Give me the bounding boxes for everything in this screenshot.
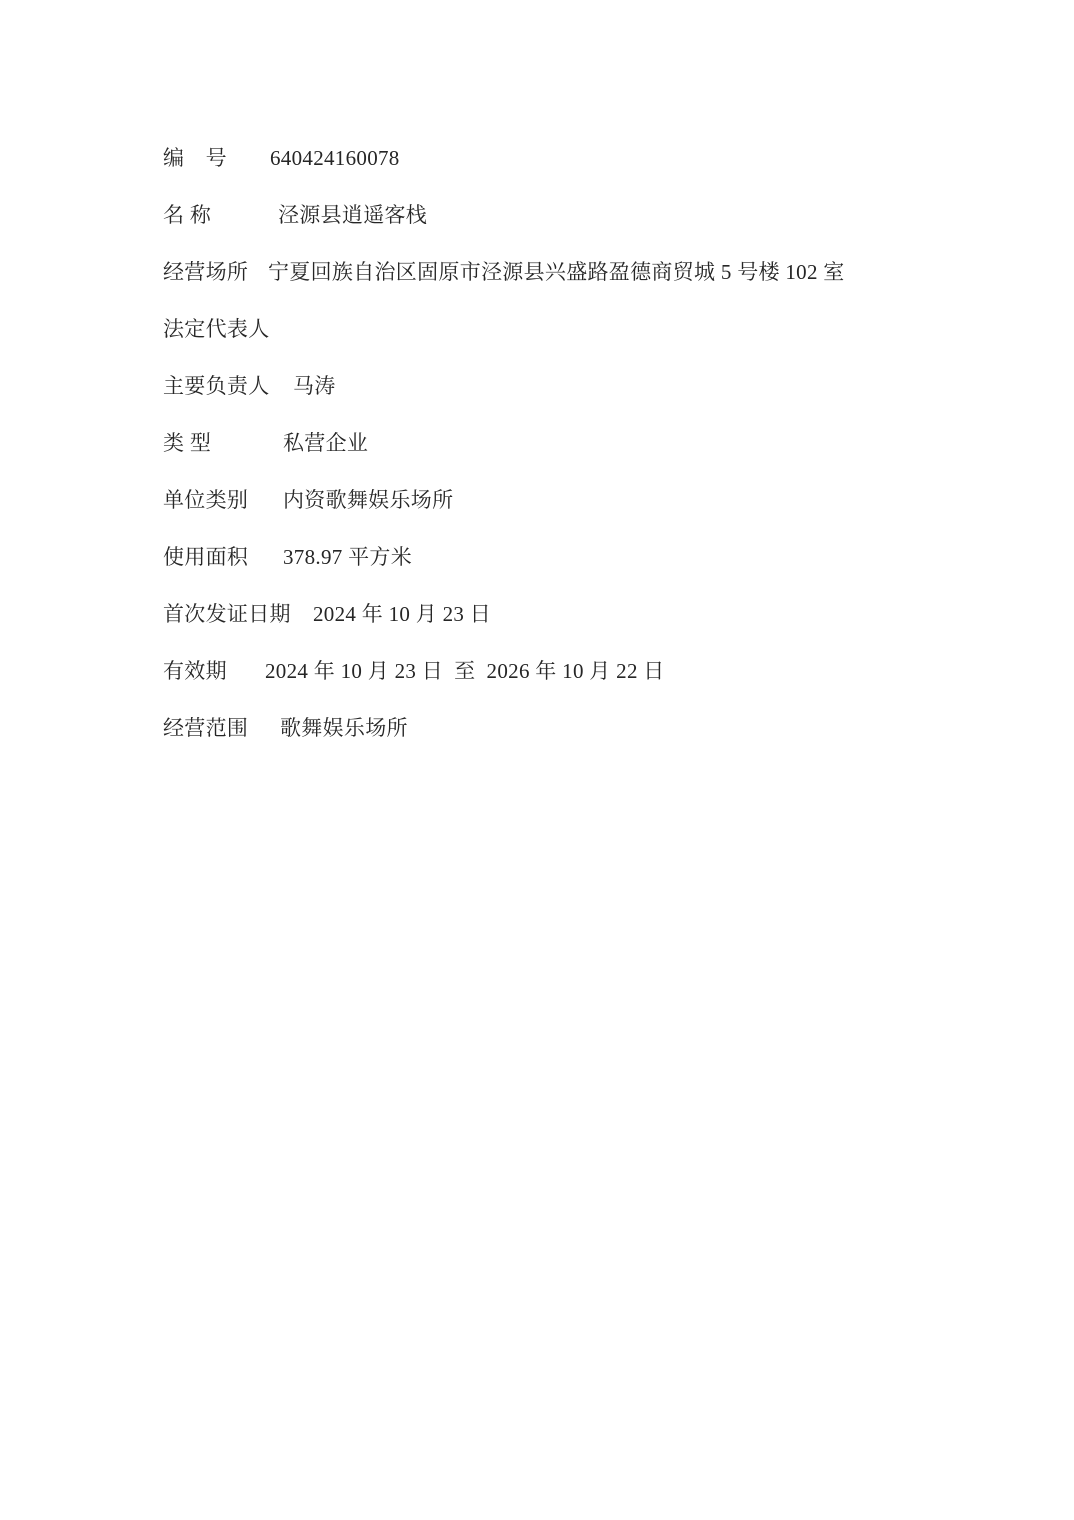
validity-period-label: 有效期 [163,660,265,683]
field-row-unit-category: 单位类别 内资歌舞娱乐场所 [163,489,1024,512]
business-premises-label: 经营场所 [163,261,268,284]
floor-area-label: 使用面积 [163,546,283,569]
document-page: 编 号 640424160078 名 称 泾源县逍遥客栈 经营场所 宁夏回族自治… [0,0,1074,1520]
business-scope-value: 歌舞娱乐场所 [280,717,1024,740]
serial-number-value: 640424160078 [270,147,1024,170]
floor-area-value: 378.97 平方米 [283,546,1024,569]
serial-number-label: 编 号 [163,147,270,170]
field-row-floor-area: 使用面积 378.97 平方米 [163,546,1024,569]
first-issue-date-label: 首次发证日期 [163,603,313,626]
field-row-type: 类 型 私营企业 [163,432,1024,455]
field-row-first-issue-date: 首次发证日期 2024 年 10 月 23 日 [163,603,1024,626]
field-row-name: 名 称 泾源县逍遥客栈 [163,204,1024,227]
field-row-legal-representative: 法定代表人 [163,318,1024,341]
principal-value: 马涛 [293,375,1024,398]
field-row-validity-period: 有效期 2024 年 10 月 23 日 至 2026 年 10 月 22 日 [163,660,1024,683]
principal-label: 主要负责人 [163,375,293,398]
business-premises-value: 宁夏回族自治区固原市泾源县兴盛路盈德商贸城 5 号楼 102 室 [268,261,1024,284]
validity-period-value: 2024 年 10 月 23 日 至 2026 年 10 月 22 日 [265,660,1024,683]
field-row-principal: 主要负责人 马涛 [163,375,1024,398]
unit-category-value: 内资歌舞娱乐场所 [283,489,1024,512]
name-label: 名 称 [163,204,278,227]
first-issue-date-value: 2024 年 10 月 23 日 [313,603,1024,626]
permit-info-list: 编 号 640424160078 名 称 泾源县逍遥客栈 经营场所 宁夏回族自治… [163,147,1024,774]
legal-representative-label: 法定代表人 [163,318,270,341]
type-label: 类 型 [163,432,283,455]
field-row-serial-number: 编 号 640424160078 [163,147,1024,170]
unit-category-label: 单位类别 [163,489,283,512]
business-scope-label: 经营范围 [163,717,280,740]
field-row-business-premises: 经营场所 宁夏回族自治区固原市泾源县兴盛路盈德商贸城 5 号楼 102 室 [163,261,1024,284]
name-value: 泾源县逍遥客栈 [278,204,1024,227]
type-value: 私营企业 [283,432,1024,455]
field-row-business-scope: 经营范围 歌舞娱乐场所 [163,717,1024,740]
